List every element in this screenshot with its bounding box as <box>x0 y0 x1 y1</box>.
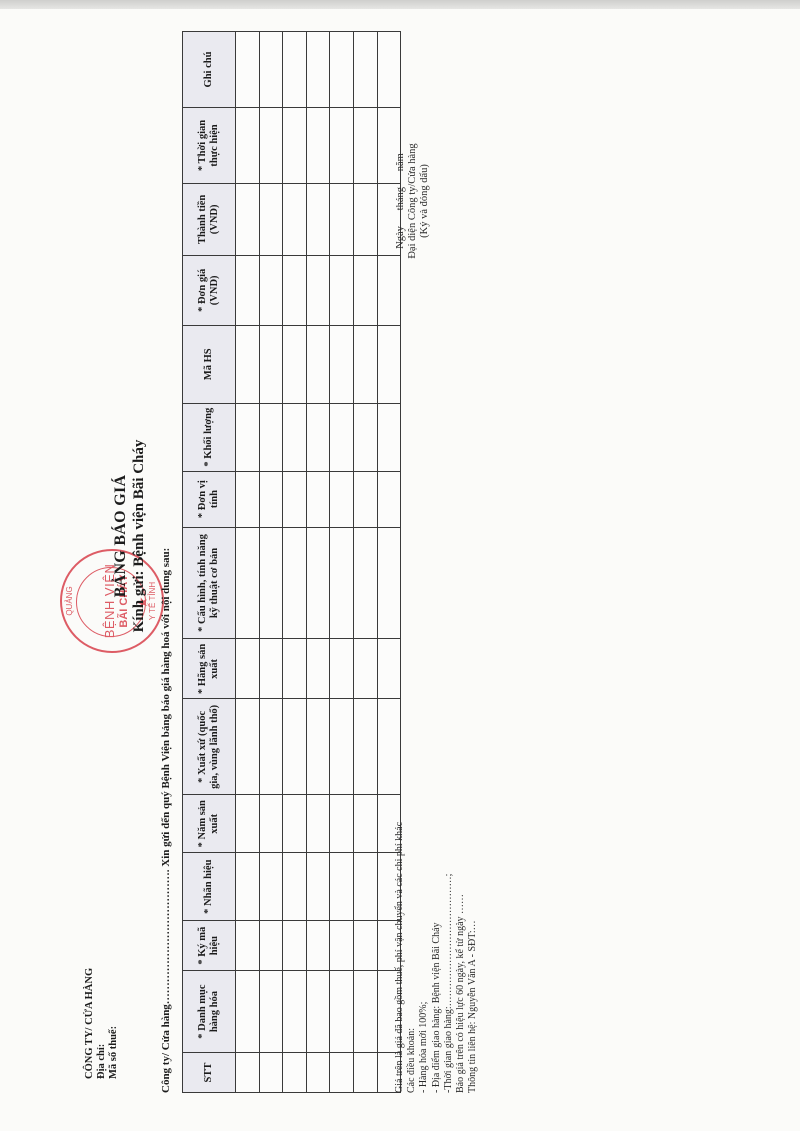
quotation-table: STT* Danh mục hàng hóa* Ký mã hiệu* Nhãn… <box>182 31 401 1093</box>
table-cell[interactable] <box>353 108 377 184</box>
table-header-cell: * Năm sản xuất <box>183 795 236 853</box>
table-cell[interactable] <box>283 255 307 325</box>
table-cell[interactable] <box>306 108 330 184</box>
table-cell[interactable] <box>353 403 377 471</box>
table-cell[interactable] <box>236 921 260 971</box>
table-cell[interactable] <box>377 32 401 108</box>
company-info: CÔNG TY/ CỬA HÀNG Địa chỉ: Mã số thuế: <box>84 968 120 1079</box>
table-cell[interactable] <box>353 183 377 255</box>
table-header-cell: * Thời gian thực hiện <box>183 108 236 184</box>
table-cell[interactable] <box>377 527 401 639</box>
table-cell[interactable] <box>236 403 260 471</box>
signature-date-line: Ngày tháng năm <box>395 126 407 276</box>
stamp-ring-top-text: QUẢNG <box>65 571 74 631</box>
table-cell[interactable] <box>353 471 377 527</box>
table-cell[interactable] <box>353 795 377 853</box>
terms-line: Thông tin liên hệ: Nguyễn Văn A - SĐT:… <box>467 822 479 1093</box>
table-cell[interactable] <box>283 183 307 255</box>
table-cell[interactable] <box>236 639 260 699</box>
table-cell[interactable] <box>306 403 330 471</box>
table-cell[interactable] <box>330 527 354 639</box>
table-cell[interactable] <box>236 32 260 108</box>
table-cell[interactable] <box>330 183 354 255</box>
table-cell[interactable] <box>306 527 330 639</box>
table-cell[interactable] <box>236 1053 260 1093</box>
company-address-label: Địa chỉ: <box>96 968 108 1079</box>
table-cell[interactable] <box>330 699 354 795</box>
terms-line: Các điều khoản: <box>406 822 418 1093</box>
table-cell[interactable] <box>259 699 283 795</box>
table-cell[interactable] <box>283 971 307 1053</box>
table-cell[interactable] <box>236 255 260 325</box>
table-header-cell: * Nhãn hiệu <box>183 853 236 921</box>
table-cell[interactable] <box>236 795 260 853</box>
table-cell[interactable] <box>283 639 307 699</box>
table-header-cell: * Khối lượng <box>183 403 236 471</box>
table-cell[interactable] <box>259 971 283 1053</box>
table-cell[interactable] <box>259 471 283 527</box>
table-cell[interactable] <box>377 325 401 403</box>
table-cell[interactable] <box>283 921 307 971</box>
table-cell[interactable] <box>306 32 330 108</box>
table-cell[interactable] <box>236 471 260 527</box>
table-cell[interactable] <box>236 527 260 639</box>
table-cell[interactable] <box>283 1053 307 1093</box>
terms-line: - Địa điểm giao hàng: Bệnh viện Bãi Cháy <box>431 822 443 1093</box>
table-cell[interactable] <box>283 527 307 639</box>
table-cell[interactable] <box>283 32 307 108</box>
table-cell[interactable] <box>306 921 330 971</box>
stamp-ring-bottom-text: Y TẾ TỈNH <box>148 571 157 631</box>
table-cell[interactable] <box>330 471 354 527</box>
table-cell[interactable] <box>330 403 354 471</box>
table-body <box>236 32 401 1093</box>
terms-line: -Thời gian giao hàng:…………………………………; <box>443 822 455 1093</box>
title-block: BẢNG BÁO GIÁ Kính gửi: Bệnh viện Bãi Chá… <box>112 371 148 701</box>
table-header-cell: * Đơn giá (VND) <box>183 255 236 325</box>
table-cell[interactable] <box>259 255 283 325</box>
table-cell[interactable] <box>259 795 283 853</box>
scan-edge <box>0 0 800 9</box>
terms-line: Giá trên là giá đã bao gồm thuế, phí vận… <box>394 822 406 1093</box>
intro-line: Công ty/ Cửa hàng………………………………. Xin gửi đ… <box>160 548 172 1093</box>
table-cell[interactable] <box>283 108 307 184</box>
table-cell[interactable] <box>330 639 354 699</box>
terms-section: Giá trên là giá đã bao gồm thuế, phí vận… <box>394 822 479 1093</box>
company-name: CÔNG TY/ CỬA HÀNG <box>84 968 96 1079</box>
table-cell[interactable] <box>283 853 307 921</box>
document-recipient: Kính gửi: Bệnh viện Bãi Cháy <box>131 371 148 701</box>
table-cell[interactable] <box>236 183 260 255</box>
table-cell[interactable] <box>236 325 260 403</box>
table-cell[interactable] <box>236 971 260 1053</box>
table-cell[interactable] <box>306 183 330 255</box>
table-cell[interactable] <box>283 471 307 527</box>
table-cell[interactable] <box>283 699 307 795</box>
table-cell[interactable] <box>306 1053 330 1093</box>
table-header-cell: Ghi chú <box>183 32 236 108</box>
table-cell[interactable] <box>259 527 283 639</box>
table-cell[interactable] <box>377 699 401 795</box>
table-cell[interactable] <box>283 403 307 471</box>
table-row <box>353 32 377 1093</box>
table-header-cell: * Hãng sản xuất <box>183 639 236 699</box>
table-cell[interactable] <box>353 32 377 108</box>
table-header-cell: Thành tiền (VND) <box>183 183 236 255</box>
table-cell[interactable] <box>330 325 354 403</box>
table-cell[interactable] <box>353 699 377 795</box>
table-cell[interactable] <box>259 108 283 184</box>
table-cell[interactable] <box>306 471 330 527</box>
table-header-row: STT* Danh mục hàng hóa* Ký mã hiệu* Nhãn… <box>183 32 236 1093</box>
table-cell[interactable] <box>236 699 260 795</box>
table-cell[interactable] <box>306 699 330 795</box>
table-cell[interactable] <box>330 971 354 1053</box>
table-cell[interactable] <box>330 853 354 921</box>
table-cell[interactable] <box>353 921 377 971</box>
table-row <box>306 32 330 1093</box>
table-row <box>236 32 260 1093</box>
table-cell[interactable] <box>377 639 401 699</box>
table-cell[interactable] <box>259 403 283 471</box>
table-row <box>283 32 307 1093</box>
table-header-cell: * Ký mã hiệu <box>183 921 236 971</box>
table-cell[interactable] <box>306 639 330 699</box>
signature-role: Đại diện Công ty/Cửa hàng <box>407 126 419 276</box>
table-header-cell: * Cấu hình, tính năng kỹ thuật cơ bản <box>183 527 236 639</box>
table-header-cell: * Danh mục hàng hóa <box>183 971 236 1053</box>
table-cell[interactable] <box>283 325 307 403</box>
table-header-cell: STT <box>183 1053 236 1093</box>
table-cell[interactable] <box>353 971 377 1053</box>
table-cell[interactable] <box>353 255 377 325</box>
table-cell[interactable] <box>330 795 354 853</box>
table-cell[interactable] <box>306 325 330 403</box>
table-header-cell: * Đơn vị tính <box>183 471 236 527</box>
quotation-document: CÔNG TY/ CỬA HÀNG Địa chỉ: Mã số thuế: Q… <box>0 0 800 1131</box>
table-cell[interactable] <box>353 853 377 921</box>
table-cell[interactable] <box>306 971 330 1053</box>
table-cell[interactable] <box>259 853 283 921</box>
table-header-cell: * Xuất xứ (quốc gia, vùng lãnh thổ) <box>183 699 236 795</box>
terms-line: - Hàng hóa mới 100%; <box>418 822 430 1093</box>
table-row <box>330 32 354 1093</box>
table-cell[interactable] <box>330 921 354 971</box>
table-cell[interactable] <box>259 325 283 403</box>
terms-line: Báo giá trên có hiệu lực 60 ngày, kể từ … <box>455 822 467 1093</box>
table-cell[interactable] <box>236 853 260 921</box>
table-cell[interactable] <box>330 32 354 108</box>
table-cell[interactable] <box>236 108 260 184</box>
table-cell[interactable] <box>259 1053 283 1093</box>
table-cell[interactable] <box>283 795 307 853</box>
table-cell[interactable] <box>353 325 377 403</box>
table-cell[interactable] <box>259 183 283 255</box>
table-cell[interactable] <box>353 527 377 639</box>
company-tax-label: Mã số thuế: <box>108 968 120 1079</box>
table-cell[interactable] <box>259 639 283 699</box>
signature-note: (Ký và đóng dấu) <box>419 126 431 276</box>
table-cell[interactable] <box>259 32 283 108</box>
table-header-cell: Mã HS <box>183 325 236 403</box>
table-cell[interactable] <box>377 403 401 471</box>
table-cell[interactable] <box>306 795 330 853</box>
table-row <box>259 32 283 1093</box>
table-cell[interactable] <box>306 853 330 921</box>
table-cell[interactable] <box>259 921 283 971</box>
table-cell[interactable] <box>330 255 354 325</box>
table-cell[interactable] <box>353 639 377 699</box>
document-title: BẢNG BÁO GIÁ <box>112 371 130 701</box>
signature-block: Ngày tháng năm Đại diện Công ty/Cửa hàng… <box>395 126 430 276</box>
table-cell[interactable] <box>306 255 330 325</box>
table-cell[interactable] <box>330 1053 354 1093</box>
table-cell[interactable] <box>330 108 354 184</box>
table-cell[interactable] <box>353 1053 377 1093</box>
table-cell[interactable] <box>377 471 401 527</box>
